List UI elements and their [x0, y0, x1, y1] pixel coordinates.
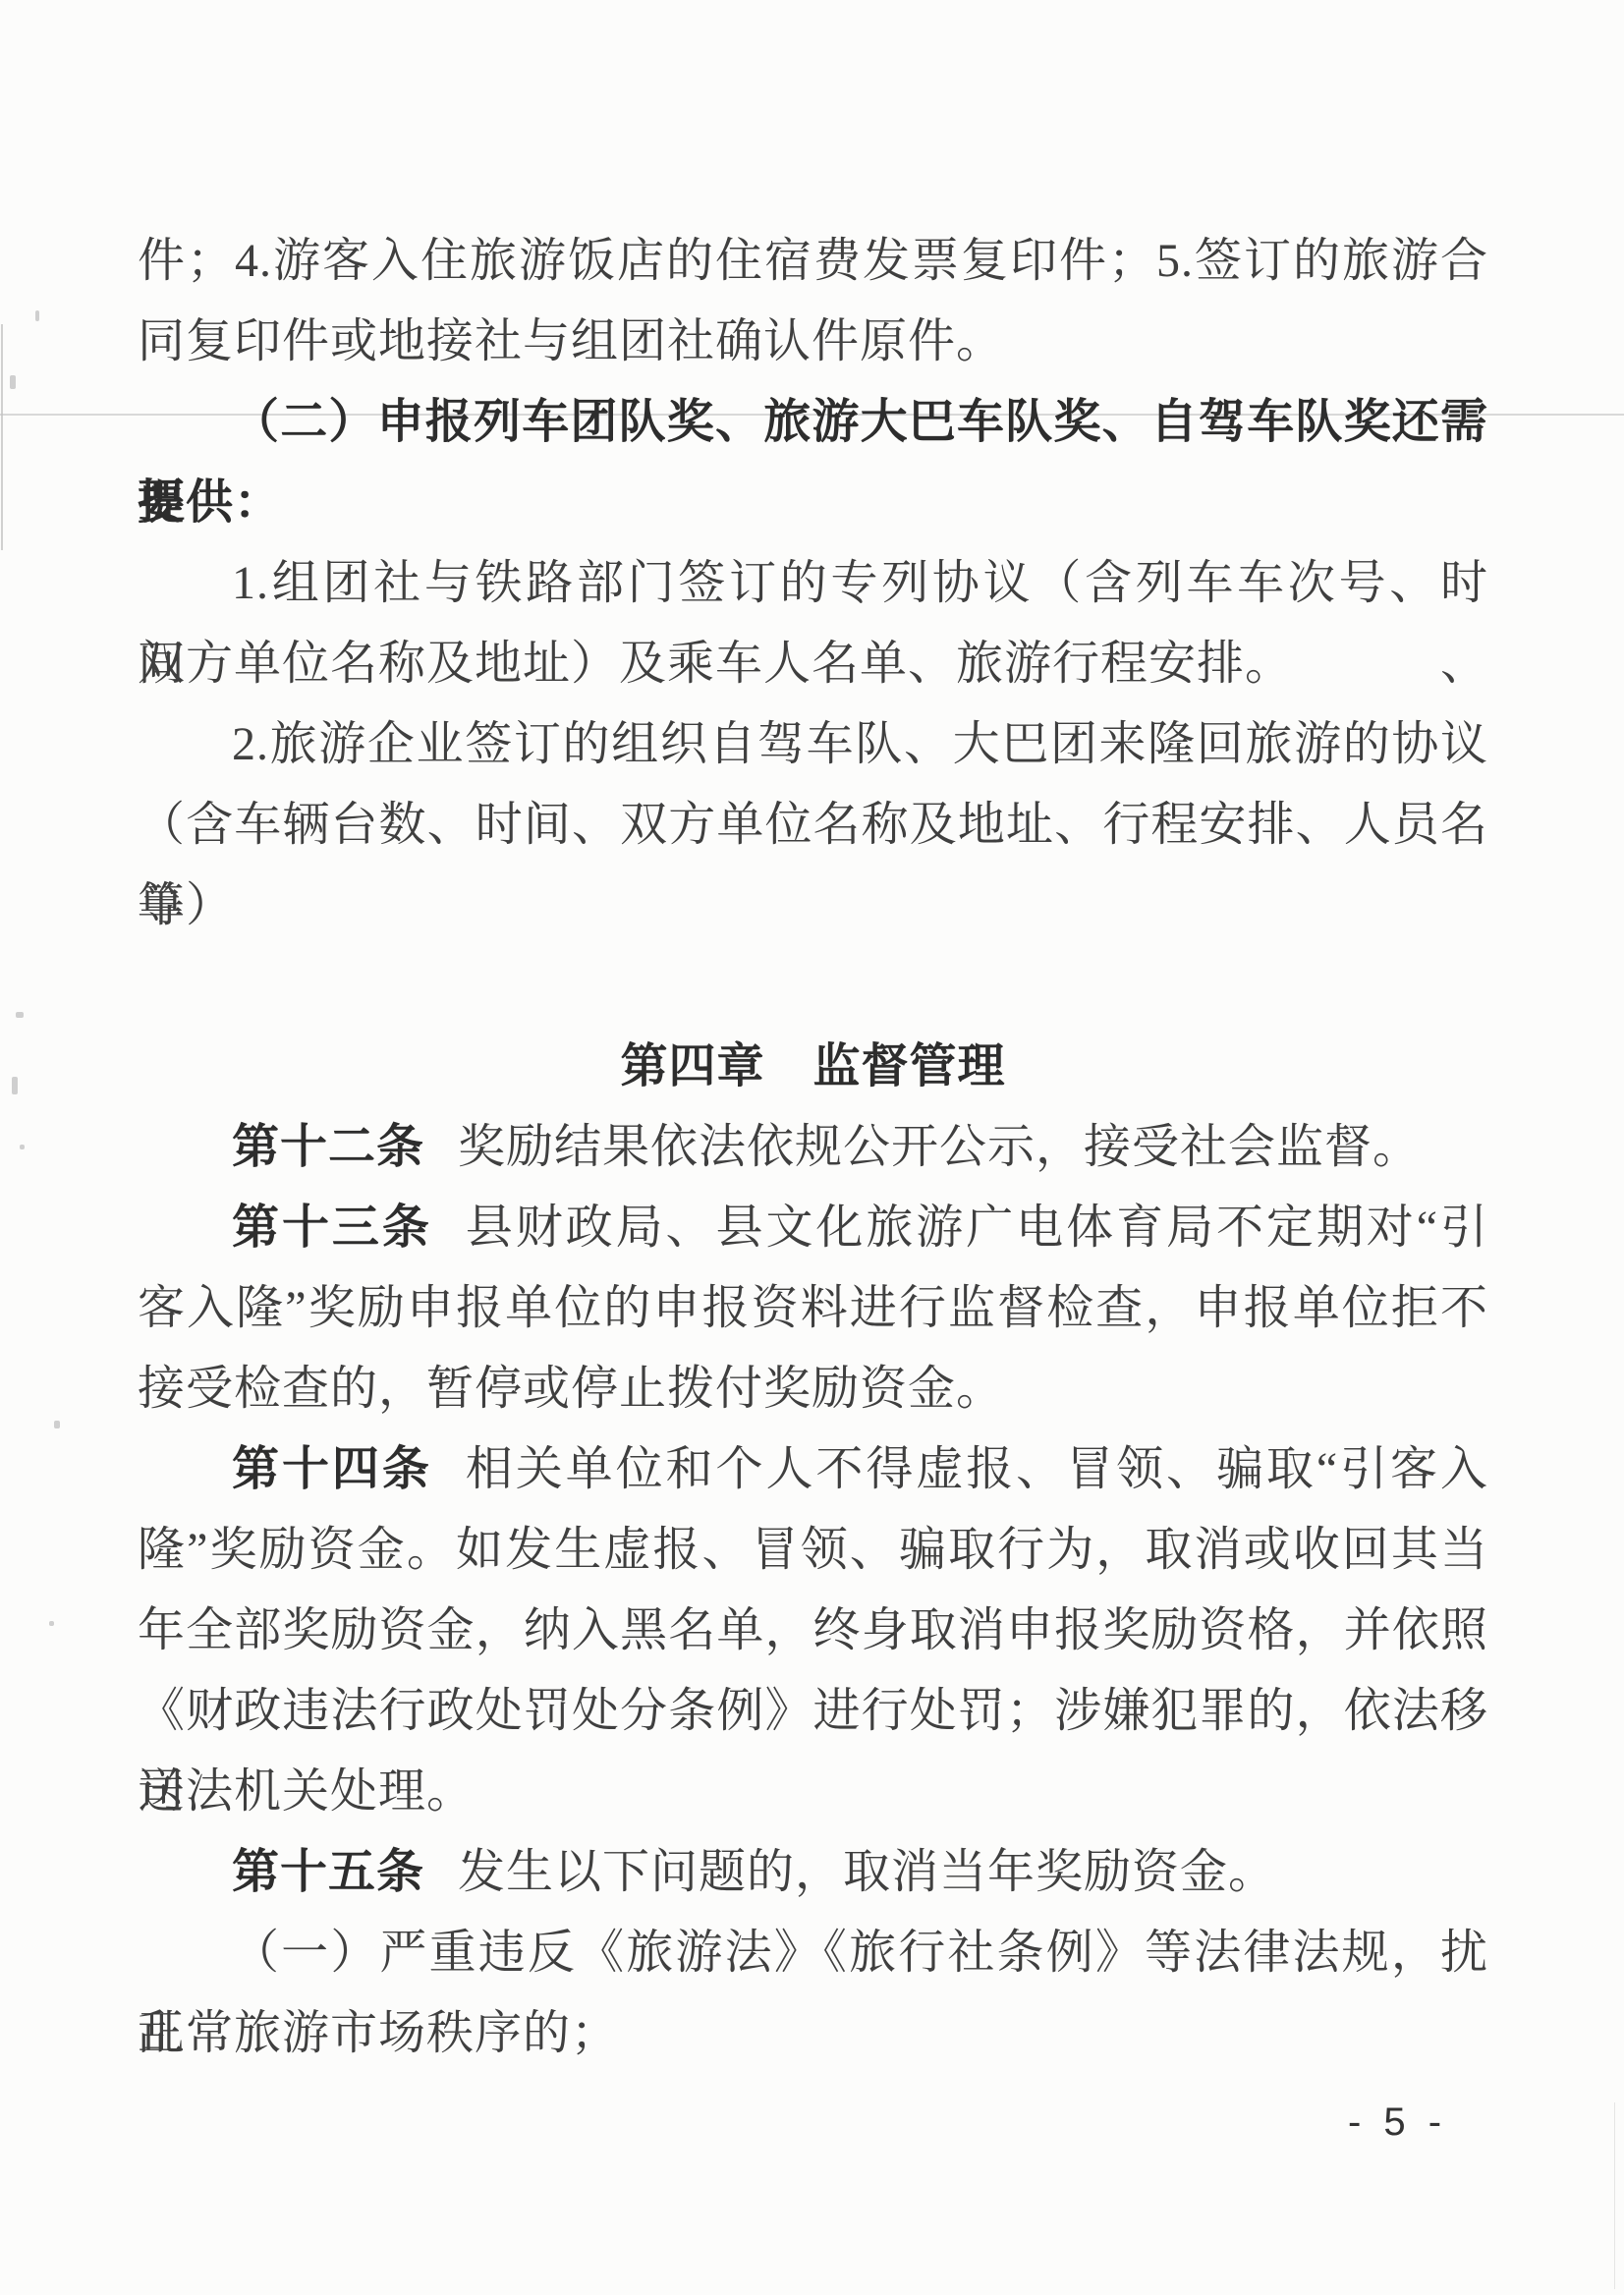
- document-line-bold: （二）申报列车团队奖、旅游大巴车队奖、自驾车队奖还需要: [138, 382, 1488, 463]
- document-line: 等）: [138, 866, 1488, 946]
- scan-line-right-edge: [1614, 2102, 1615, 2289]
- scan-speck: [35, 310, 39, 321]
- document-line: 双方单位名称及地址）及乘车人名单、旅游行程安排。: [138, 624, 1488, 704]
- document-line: （含车辆台数、时间、双方单位名称及地址、行程安排、人员名单: [138, 785, 1488, 866]
- scan-speck: [54, 1421, 60, 1428]
- scan-speck: [49, 1621, 54, 1626]
- article-label: 第十四条: [232, 1443, 432, 1495]
- document-line: 件；4.游客入住旅游饭店的住宿费发票复印件；5.签订的旅游合: [138, 221, 1488, 302]
- blank-line: [138, 946, 1488, 1027]
- scanned-document-page: 件；4.游客入住旅游饭店的住宿费发票复印件；5.签订的旅游合 同复印件或地接社与…: [0, 0, 1624, 2295]
- document-line: 接受检查的，暂停或停止拨付奖励资金。: [138, 1349, 1488, 1429]
- document-line: 2.旅游企业签订的组织自驾车队、大巴团来隆回旅游的协议: [138, 704, 1488, 785]
- article-label: 第十三条: [232, 1202, 432, 1254]
- scan-speck: [12, 1077, 18, 1094]
- document-line: 司法机关处理。: [138, 1752, 1488, 1832]
- article-text: 奖励结果依法依规公开公示，接受社会监督。: [458, 1121, 1421, 1173]
- scan-speck: [20, 1145, 25, 1149]
- document-line: 隆”奖励资金。如发生虚报、冒领、骗取行为，取消或收回其当: [138, 1510, 1488, 1591]
- chapter-heading: 第四章 监督管理: [138, 1027, 1488, 1107]
- document-line: 1.组团社与铁路部门签订的专列协议（含列车车次号、时间、: [138, 543, 1488, 624]
- document-line: （一）严重违反《旅游法》《旅行社条例》等法律法规，扰乱: [138, 1913, 1488, 1993]
- document-line: 客入隆”奖励申报单位的申报资料进行监督检查，申报单位拒不: [138, 1268, 1488, 1349]
- article-text: 发生以下问题的，取消当年奖励资金。: [458, 1846, 1276, 1898]
- document-body: 件；4.游客入住旅游饭店的住宿费发票复印件；5.签订的旅游合 同复印件或地接社与…: [138, 221, 1488, 2074]
- scan-speck: [10, 375, 16, 389]
- page-number: - 5 -: [1348, 2100, 1447, 2145]
- document-line: 同复印件或地接社与组团社确认件原件。: [138, 302, 1488, 382]
- document-line: 第十二条奖励结果依法依规公开公示，接受社会监督。: [138, 1107, 1488, 1188]
- document-line: 《财政违法行政处罚处分条例》进行处罚；涉嫌犯罪的，依法移送: [138, 1671, 1488, 1752]
- scan-line-left-edge: [1, 324, 3, 550]
- document-line: 第十三条县财政局、县文化旅游广电体育局不定期对“引: [138, 1188, 1488, 1268]
- document-line: 第十五条发生以下问题的，取消当年奖励资金。: [138, 1832, 1488, 1913]
- scan-speck: [16, 1012, 24, 1018]
- article-text: 县财政局、县文化旅游广电体育局不定期对“引: [466, 1202, 1488, 1254]
- article-label: 第十五条: [232, 1846, 424, 1898]
- article-text: 相关单位和个人不得虚报、冒领、骗取“引客入: [466, 1443, 1488, 1495]
- document-line: 第十四条相关单位和个人不得虚报、冒领、骗取“引客入: [138, 1429, 1488, 1510]
- document-line-bold: 提供：: [138, 463, 1488, 543]
- document-line: 正常旅游市场秩序的；: [138, 1993, 1488, 2074]
- document-line: 年全部奖励资金，纳入黑名单，终身取消申报奖励资格，并依照: [138, 1591, 1488, 1671]
- article-label: 第十二条: [232, 1121, 424, 1173]
